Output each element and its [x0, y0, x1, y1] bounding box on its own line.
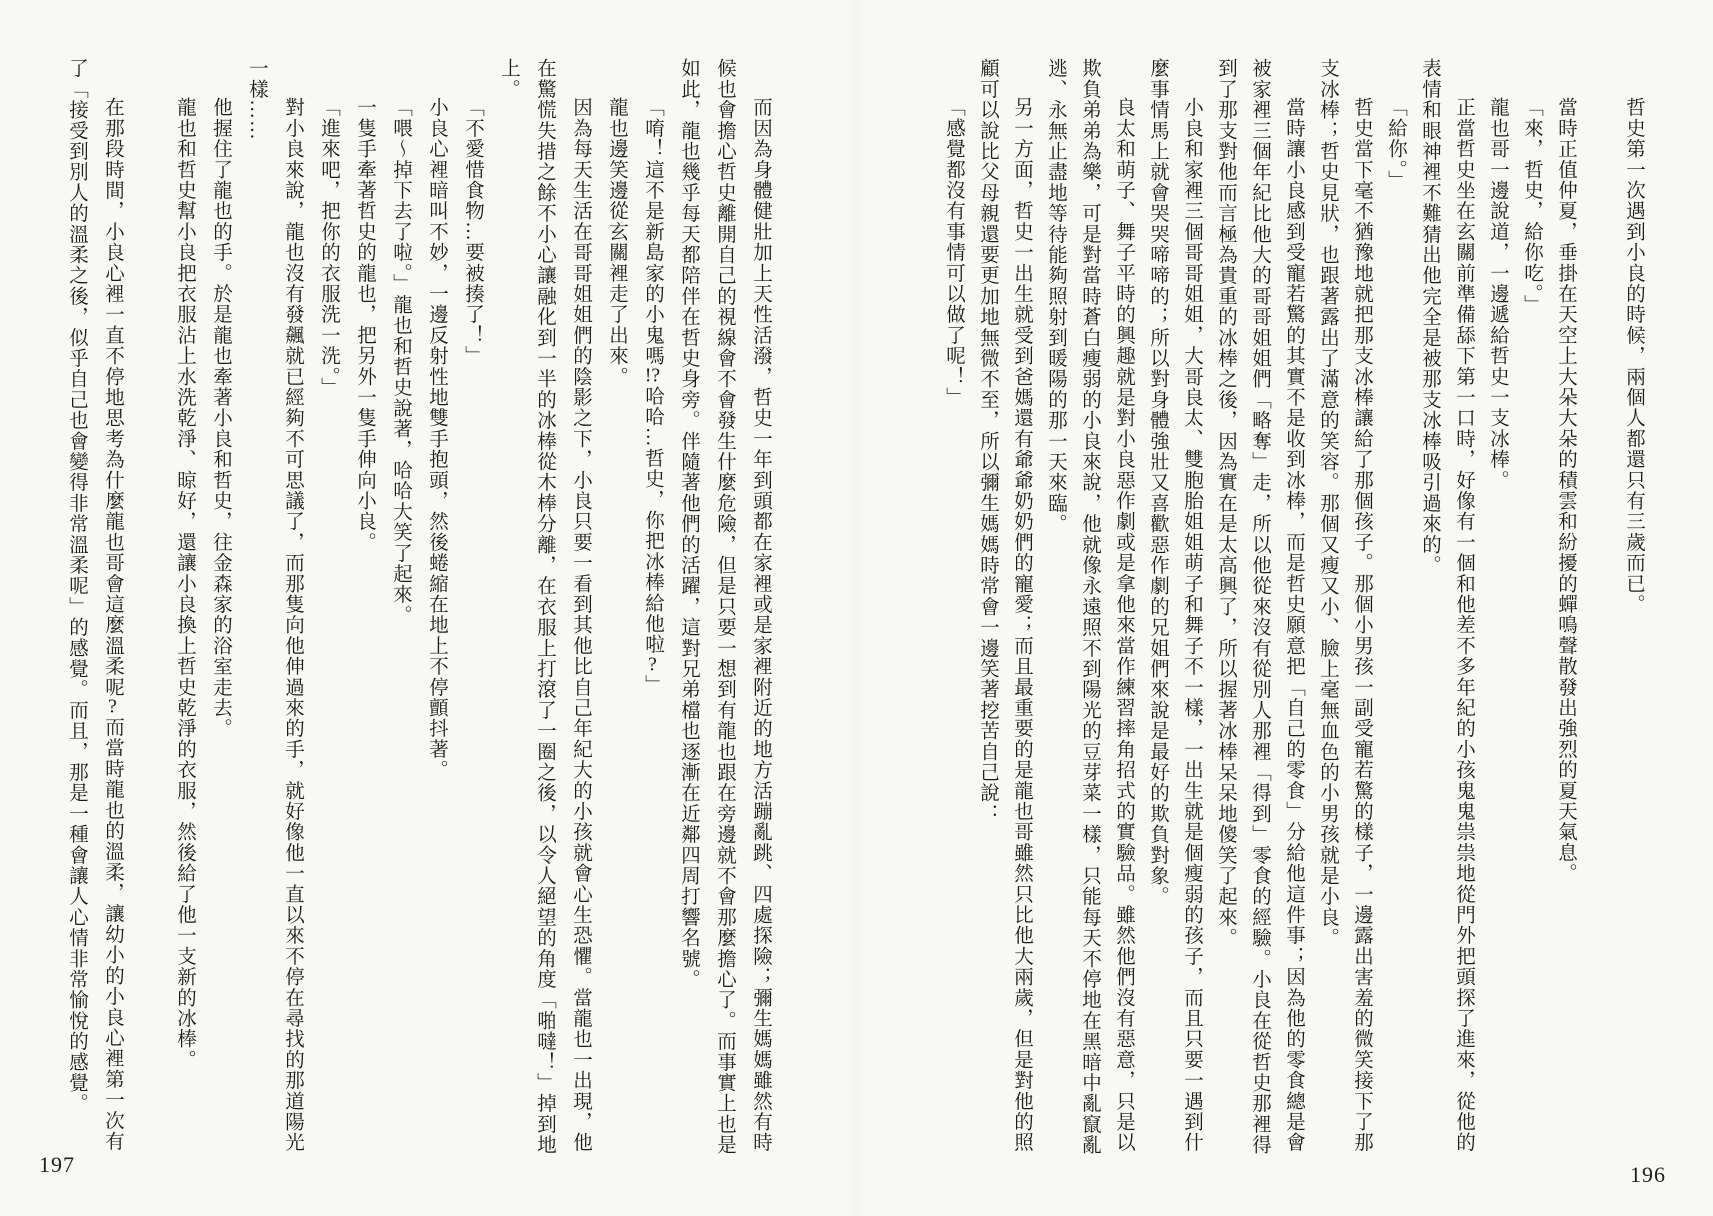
paragraph: 正當哲史坐在玄關前準備舔下第一口時，好像有一個和他差不多年紀的小孩鬼鬼祟祟地從門… — [1412, 58, 1480, 1163]
paragraph: 龍也邊笑邊從玄關裡走了出來。 — [598, 58, 634, 1163]
paragraph: 「感覺都沒有事情可以做了呢！」 — [936, 58, 970, 1163]
paragraph: 哲史第一次遇到小良的時候，兩個人都還只有三歲而已。 — [1616, 58, 1650, 1163]
paragraph: 「進來吧，把你的衣服洗一洗。」 — [310, 58, 346, 1163]
paragraph: 小良心裡暗叫不妙，一邊反射性地雙手抱頭，然後蜷縮在地上不停顫抖著。 — [418, 58, 454, 1163]
upright-punctuation: ? — [642, 655, 663, 675]
upright-punctuation: !? — [642, 366, 663, 386]
paragraph: 「來，哲史，給你吃。」 — [1514, 58, 1548, 1163]
paragraph: 「給你。」 — [1378, 58, 1412, 1163]
paragraph: 哲史當下毫不猶豫地就把那支冰棒讓給了那個孩子。那個小男孩一副受寵若驚的樣子，一邊… — [1310, 58, 1378, 1163]
paragraph: 因為每天生活在哥哥姐姐們的陰影之下，小良只要一看到其他比自己年紀大的小孩就會心生… — [490, 58, 598, 1163]
scan-speck — [1096, 1061, 1099, 1064]
paragraph: 當時讓小良感到受寵若驚的其實不是收到冰棒，而是哲史願意把「自己的零食」分給他這件… — [1208, 58, 1310, 1163]
page-197-text-block: 而因為身體健壯加上天性活潑，哲史一年到頭都在家裡或是家裡附近的地方活蹦亂跳、四處… — [58, 58, 778, 1163]
paragraph: 他握住了龍也的手。於是龍也牽著小良和哲史，往金森家的浴室走去。 — [202, 58, 238, 1163]
page-196-text-block: 哲史第一次遇到小良的時候，兩個人都還只有三歲而已。當時正值仲夏，垂掛在天空上大朵… — [936, 58, 1650, 1163]
paragraph: 「唷！這不是新島家的小鬼嗎!?哈哈…哲史，你把冰棒給他啦?」 — [634, 58, 670, 1163]
paragraph: 「不愛惜食物…要被揍了！」 — [454, 58, 490, 1163]
paragraph: 小良和家裡三個哥哥姐姐，大哥良太、雙胞胎姐姐萌子和舞子不一樣，一出生就是個瘦弱的… — [1140, 58, 1208, 1163]
paragraph: 良太和萌子、舞子平時的興趣就是對小良惡作劇或是拿他來當作練習摔角招式的實驗品。雖… — [1038, 58, 1140, 1163]
page-number-196: 196 — [1630, 1162, 1666, 1188]
paragraph: 龍也和哲史幫小良把衣服沾上水洗乾淨、晾好，還讓小良換上哲史乾淨的衣服，然後給了他… — [166, 58, 202, 1163]
paragraph: 在那段時間，小良心裡一直不停地思考為什麼龍也哥會這麼溫柔呢?而當時龍也的溫柔，讓… — [58, 58, 130, 1163]
upright-punctuation: ? — [102, 697, 123, 717]
page-gutter — [845, 0, 867, 1216]
paragraph: 對小良來說，龍也沒有發飆就已經夠不可思議了，而那隻向他伸過來的手，就好像他一直以… — [238, 58, 310, 1163]
book-spread: 哲史第一次遇到小良的時候，兩個人都還只有三歲而已。當時正值仲夏，垂掛在天空上大朵… — [0, 0, 1713, 1216]
paragraph: 另一方面，哲史一出生就受到爸媽還有爺爺奶奶們的寵愛；而且最重要的是龍也哥雖然只比… — [970, 58, 1038, 1163]
page-number-197: 197 — [39, 1152, 75, 1178]
paragraph: 當時正值仲夏，垂掛在天空上大朵大朵的積雲和紛擾的蟬鳴聲散發出強烈的夏天氣息。 — [1548, 58, 1582, 1163]
paragraph: 一隻手牽著哲史的龍也，把另外一隻手伸向小良。 — [346, 58, 382, 1163]
paragraph: 「喂～掉下去了啦。」龍也和哲史說著，哈哈大笑了起來。 — [382, 58, 418, 1163]
paragraph: 龍也哥一邊說道，一邊遞給哲史一支冰棒。 — [1480, 58, 1514, 1163]
paragraph: 而因為身體健壯加上天性活潑，哲史一年到頭都在家裡或是家裡附近的地方活蹦亂跳、四處… — [670, 58, 778, 1163]
